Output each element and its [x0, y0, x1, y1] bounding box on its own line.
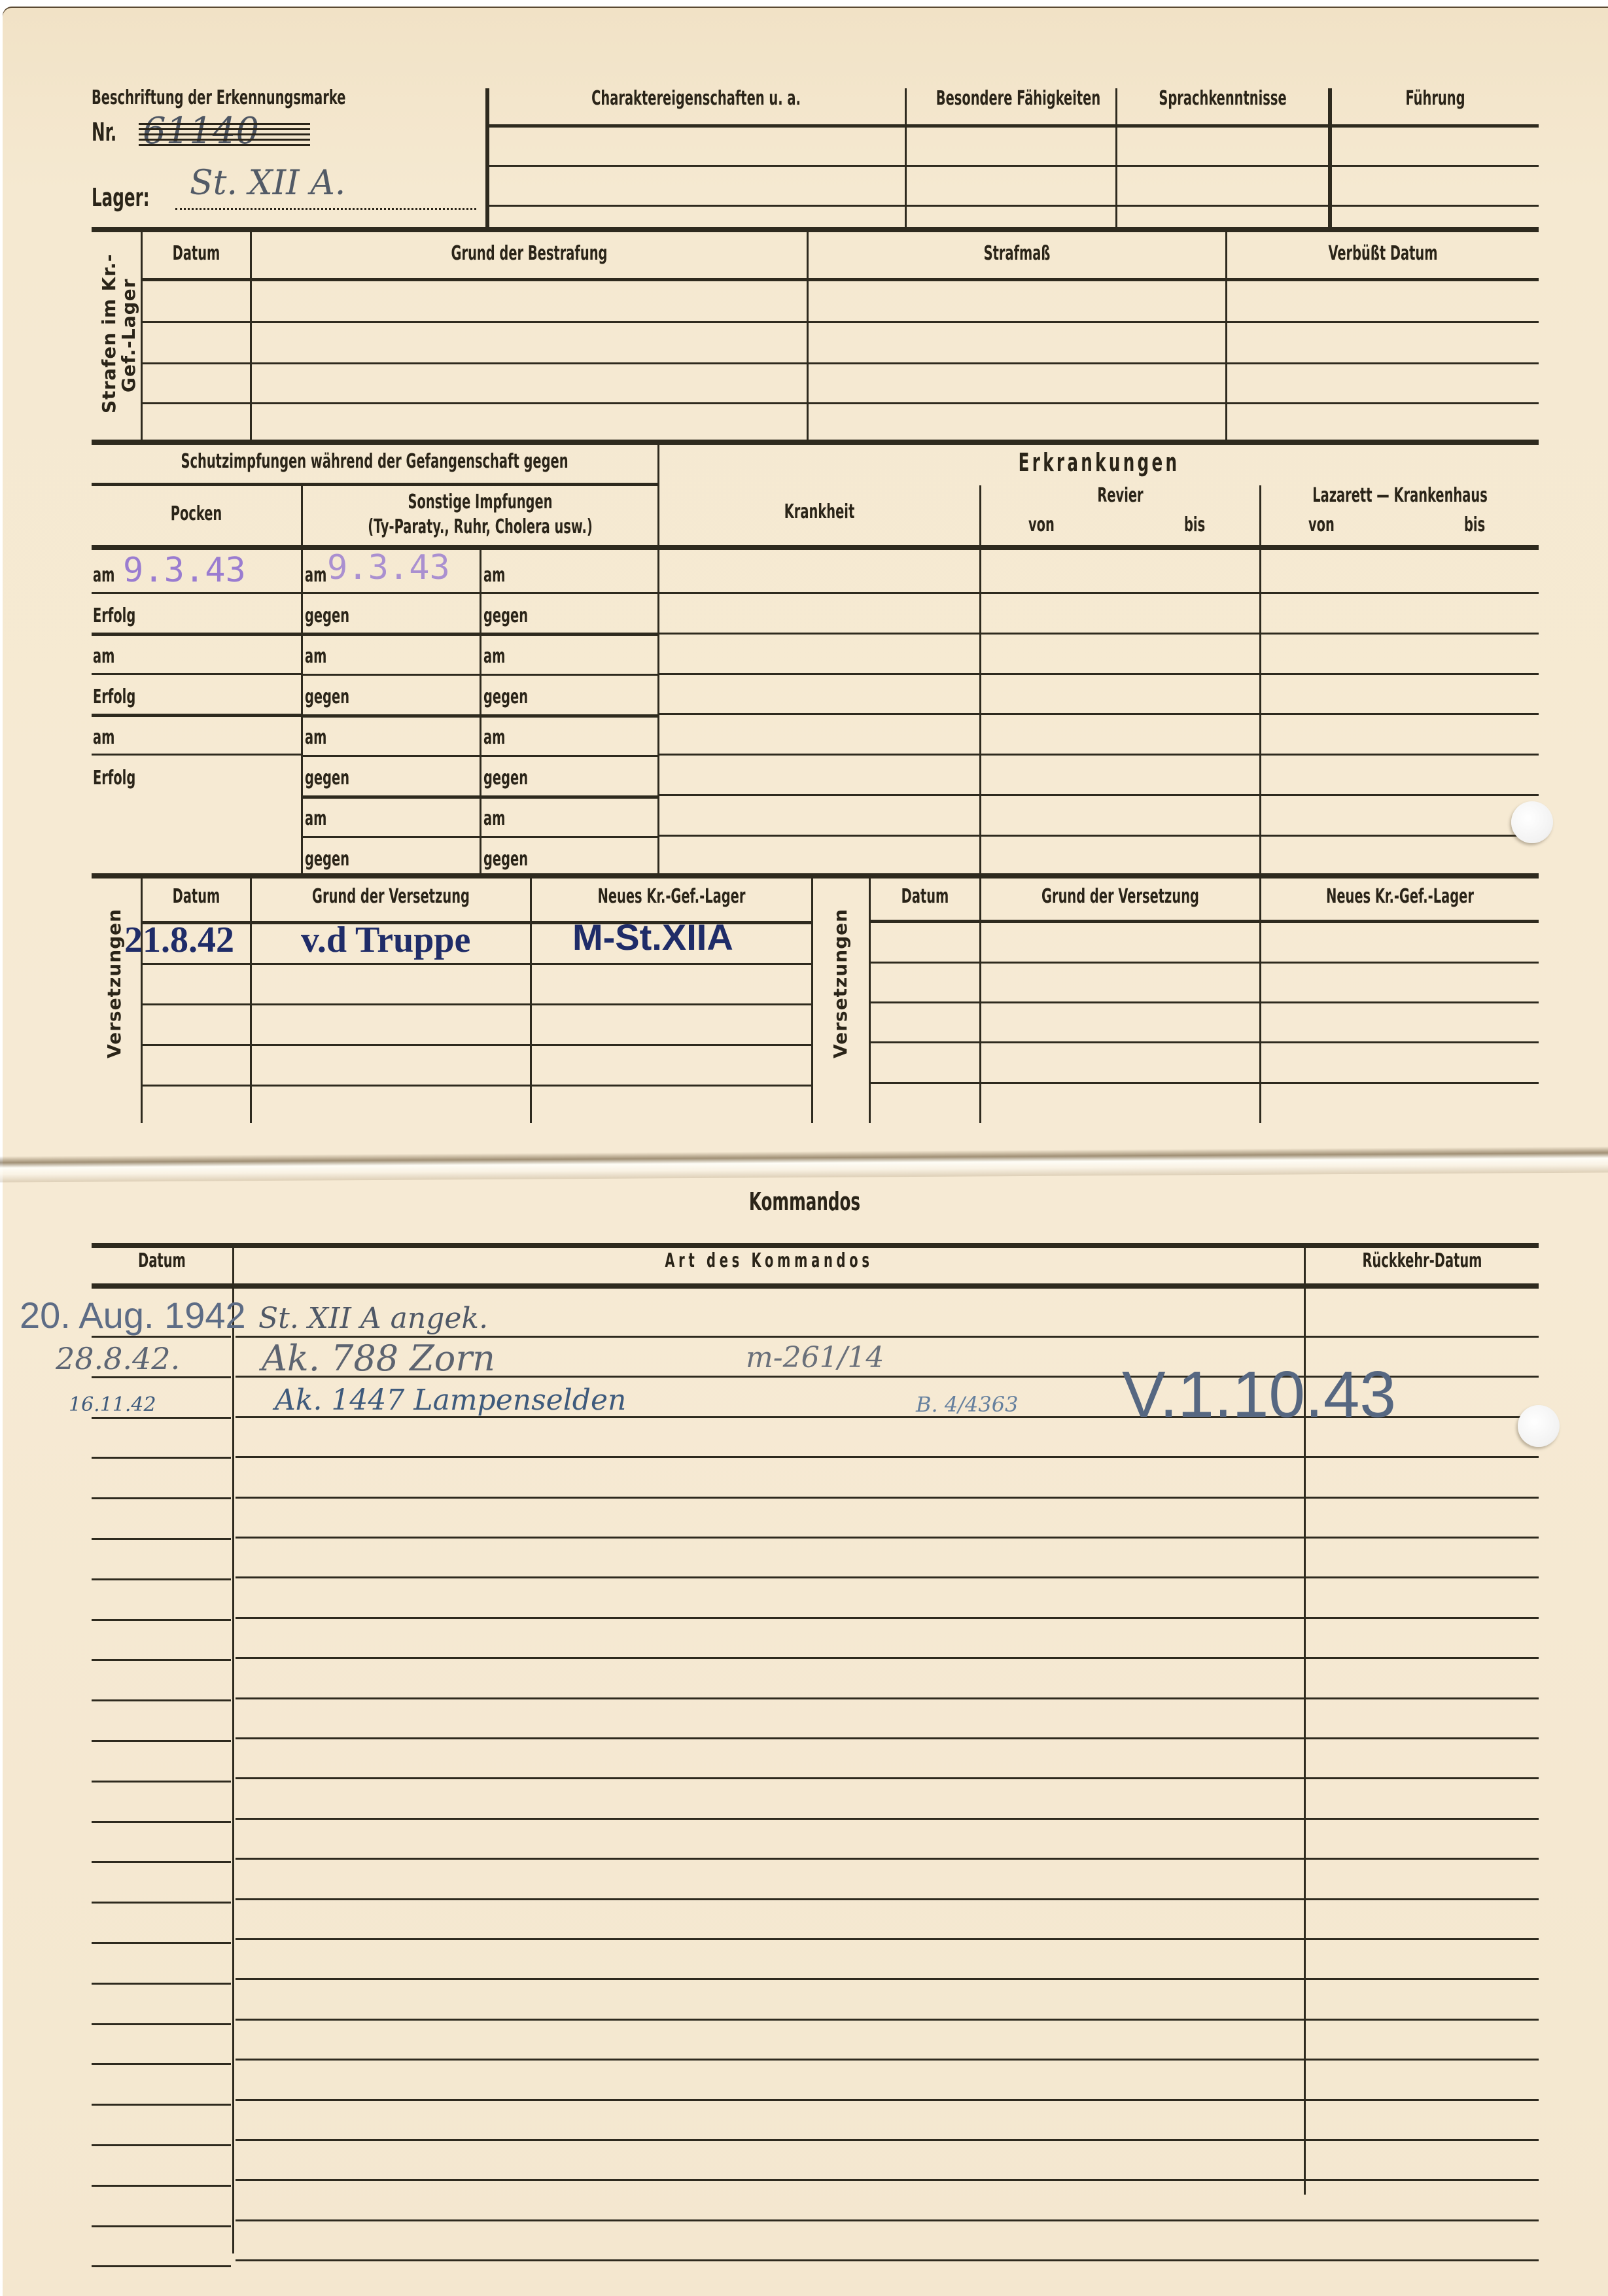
rule — [236, 2139, 1539, 2141]
rule — [303, 674, 657, 676]
rule — [236, 2059, 1539, 2061]
pocken-row-label: Erfolg — [93, 604, 135, 627]
erkrankungen-title: Erkrankungen — [782, 448, 1416, 477]
lager-value: St. XII A. — [190, 164, 345, 203]
rule — [92, 2225, 231, 2227]
divider — [979, 485, 981, 877]
rule — [303, 836, 657, 838]
rule — [92, 1983, 231, 1985]
divider — [141, 232, 143, 442]
kommando-art-extra-3: B. 4/4363 — [916, 1392, 1018, 1417]
rule — [92, 633, 301, 636]
rule — [92, 1497, 231, 1499]
rule — [303, 714, 657, 718]
pocken-row-label: am — [93, 726, 114, 749]
vers-left-header-grund: Grund der Versetzung — [291, 885, 491, 908]
rule — [236, 1818, 1539, 1820]
sonstige-col1-label: gegen — [305, 767, 349, 790]
rule — [92, 1376, 231, 1378]
strafen-header-datum: Datum — [158, 242, 235, 265]
rule — [92, 2023, 231, 2025]
sonstige-col1-label: am — [305, 645, 326, 668]
rule — [143, 278, 1539, 281]
rule — [92, 592, 301, 594]
kommando-art-2: Ak. 788 Zorn — [262, 1338, 495, 1379]
sonstige-header-1: Sonstige Impfungen — [353, 491, 608, 513]
rule — [659, 835, 1539, 837]
rule — [236, 2179, 1539, 2181]
rule — [92, 1699, 231, 1701]
pocken-row-label: Erfolg — [93, 686, 135, 708]
rule — [236, 1497, 1539, 1499]
vers-right-header-grund: Grund der Versetzung — [1021, 885, 1221, 908]
col-header-fuehrung: Führung — [1361, 87, 1510, 110]
rule — [303, 592, 657, 594]
divider — [250, 232, 252, 442]
rule — [92, 483, 657, 486]
rule — [659, 592, 1539, 594]
revier-von: von — [1028, 513, 1055, 536]
col-header-faehigkeiten: Besondere Fähigkeiten — [936, 87, 1087, 110]
lazarett-von: von — [1308, 513, 1335, 536]
sonstige-col2-label: gegen — [483, 604, 528, 627]
kommando-datum-3: 16.11.42 — [69, 1393, 156, 1416]
rule — [659, 633, 1539, 635]
sonstige-col2-label: am — [483, 645, 505, 668]
sonstige-col1-label: am — [305, 564, 326, 587]
versetzung-datum-stamp: 21.8.42 — [124, 919, 234, 961]
strafen-header-strafmass: Strafmaß — [867, 242, 1167, 265]
sonstige-col2-label: gegen — [483, 686, 528, 708]
kommando-art-1: St. XII A angek. — [258, 1302, 488, 1335]
pocken-stamp: 9.3.43 — [123, 551, 246, 590]
versetzung-lager-stamp: M-St.XIIA — [572, 916, 733, 958]
rule — [92, 1243, 1539, 1248]
kommando-art-extra-2: m-261/14 — [746, 1341, 884, 1374]
divider — [869, 878, 871, 1123]
divider — [232, 1246, 234, 2253]
vers-right-header-lager: Neues Kr.-Gef.-Lager — [1300, 885, 1499, 908]
rule — [143, 362, 1539, 364]
vers-left-header-datum: Datum — [158, 885, 235, 908]
sonstige-col2-label: am — [483, 726, 505, 749]
divider — [807, 232, 809, 442]
krankheit-header: Krankheit — [704, 500, 934, 523]
divider — [657, 445, 659, 877]
kommando-rueckkehr-3: V.1.10.43 — [1122, 1357, 1396, 1433]
rule — [92, 1659, 231, 1661]
rule — [236, 1898, 1539, 1900]
rule — [92, 1417, 231, 1419]
punch-hole — [1511, 801, 1553, 843]
rule — [303, 755, 657, 757]
col-header-sprachkenntnisse: Sprachkenntnisse — [1147, 87, 1299, 110]
rule — [92, 1457, 231, 1459]
erkennungsmarke-title: Beschriftung der Erkennungsmarke — [92, 86, 345, 109]
rule — [659, 794, 1539, 796]
rule — [92, 673, 301, 675]
lager-label: Lager: — [92, 183, 150, 212]
rule — [92, 2104, 231, 2106]
rule — [236, 1697, 1539, 1699]
rule — [659, 673, 1539, 675]
strafen-side-label-2: Gef.-Lager — [118, 279, 139, 392]
strafen-header-grund: Grund der Bestrafung — [330, 242, 729, 265]
divider — [979, 878, 981, 1123]
sonstige-col1-label: gegen — [305, 686, 349, 708]
sonstige-col2-label: am — [483, 807, 505, 830]
col-header-charakter: Charaktereigenschaften u. a. — [546, 87, 846, 110]
pocken-row-label: am — [93, 564, 114, 587]
revier-header: Revier — [1021, 484, 1221, 507]
divider — [905, 88, 907, 232]
divider — [1328, 88, 1332, 232]
lazarett-bis: bis — [1464, 513, 1485, 536]
divider — [1259, 878, 1261, 1123]
kommandos-header-datum: Datum — [111, 1249, 213, 1272]
rule — [92, 2063, 231, 2065]
rule — [236, 1657, 1539, 1659]
rule — [92, 1538, 231, 1540]
strafen-side-label-line2: Gef.-Lager — [118, 279, 139, 392]
rule — [92, 2144, 231, 2146]
lazarett-header: Lazarett — Krankenhaus — [1300, 484, 1499, 507]
rule — [871, 1001, 1539, 1003]
sonstige-col2-label: am — [483, 564, 505, 587]
strafen-side-label: Strafen im Kr.- — [98, 254, 120, 413]
sonstige-col2-label: gegen — [483, 767, 528, 790]
rule — [92, 1781, 231, 1783]
rule — [143, 1044, 811, 1046]
rule — [236, 2019, 1539, 2021]
divider — [1259, 485, 1261, 877]
rule — [92, 1942, 231, 1944]
rule — [92, 1821, 231, 1823]
rule — [143, 402, 1539, 404]
divider — [480, 549, 481, 877]
kommando-art-3: Ak. 1447 Lampenselden — [275, 1383, 626, 1417]
nr-strike-lines — [139, 123, 310, 149]
pocken-header: Pocken — [121, 502, 271, 525]
rule — [236, 1537, 1539, 1539]
strafen-side-label-line1: Strafen im Kr.- — [98, 254, 120, 413]
rule — [871, 962, 1539, 964]
sonstige-col1-label: am — [305, 807, 326, 830]
rule — [92, 2265, 231, 2267]
rule — [92, 1902, 231, 1904]
rule — [92, 1861, 231, 1863]
divider — [301, 485, 303, 877]
kommando-datum-2: 28.8.42. — [56, 1341, 180, 1376]
rule — [236, 1737, 1539, 1739]
pocken-row-label: Erfolg — [93, 767, 135, 790]
sonstige-col1-label: gegen — [305, 604, 349, 627]
nr-label: Nr. — [92, 118, 116, 147]
rule — [236, 1858, 1539, 1860]
versetzungen-side-label-left: Versetzungen — [103, 909, 125, 1058]
rule — [871, 1082, 1539, 1084]
rule — [143, 1003, 811, 1005]
divider — [811, 878, 813, 1123]
sonstige-col1-label: am — [305, 726, 326, 749]
sonstige-header-2: (Ty-Paraty., Ruhr, Cholera usw.) — [353, 515, 608, 538]
rule — [303, 633, 657, 636]
rule — [92, 440, 1539, 445]
revier-bis: bis — [1184, 513, 1205, 536]
rule — [143, 1085, 811, 1087]
rule — [871, 920, 1539, 923]
rule — [236, 2219, 1539, 2221]
vers-right-header-datum: Datum — [886, 885, 964, 908]
rule — [92, 545, 1539, 550]
lager-dotted-line — [175, 208, 476, 210]
rule — [236, 2259, 1539, 2261]
sonstige-stamp: 9.3.43 — [327, 548, 450, 587]
strafen-header-verbuesst: Verbüßt Datum — [1271, 242, 1495, 265]
kommandos-header-art: Art des Kommandos — [384, 1249, 1154, 1272]
rule — [236, 1576, 1539, 1578]
rule — [659, 754, 1539, 756]
rule — [487, 205, 1539, 207]
rule — [92, 754, 301, 756]
kommando-datum-1: 20. Aug. 1942 — [20, 1294, 246, 1336]
rule — [92, 227, 1539, 232]
kommandos-title: Kommandos — [649, 1187, 960, 1216]
rule — [92, 873, 1539, 878]
divider — [1115, 88, 1117, 232]
rule — [92, 714, 301, 717]
sonstige-col1-label: gegen — [305, 848, 349, 871]
rule — [487, 124, 1539, 128]
versetzungen-side-label-right: Versetzungen — [830, 909, 851, 1058]
rule — [303, 795, 657, 799]
rule — [92, 1578, 231, 1580]
rule — [143, 321, 1539, 323]
divider — [485, 88, 489, 232]
versetzung-grund-stamp: v.d Truppe — [301, 919, 470, 961]
rule — [92, 1619, 231, 1621]
rule — [871, 1041, 1539, 1043]
rule — [236, 2099, 1539, 2101]
impfungen-title: Schutzimpfungen während der Gefangenscha… — [171, 450, 578, 473]
rule — [487, 165, 1539, 167]
rule — [92, 1740, 231, 1742]
rule — [236, 1938, 1539, 1940]
rule — [236, 1978, 1539, 1980]
rule — [92, 1283, 1539, 1289]
vers-left-header-lager: Neues Kr.-Gef.-Lager — [571, 885, 772, 908]
punch-hole — [1518, 1405, 1560, 1447]
rule — [236, 1617, 1539, 1619]
sonstige-col2-label: gegen — [483, 848, 528, 871]
rule — [236, 1456, 1539, 1458]
rule — [659, 713, 1539, 715]
rule — [143, 963, 811, 965]
divider — [1225, 232, 1227, 442]
kommandos-header-rueckkehr: Rückkehr-Datum — [1338, 1249, 1506, 1272]
pocken-row-label: am — [93, 645, 114, 668]
rule — [92, 2185, 231, 2187]
rule — [236, 1777, 1539, 1779]
